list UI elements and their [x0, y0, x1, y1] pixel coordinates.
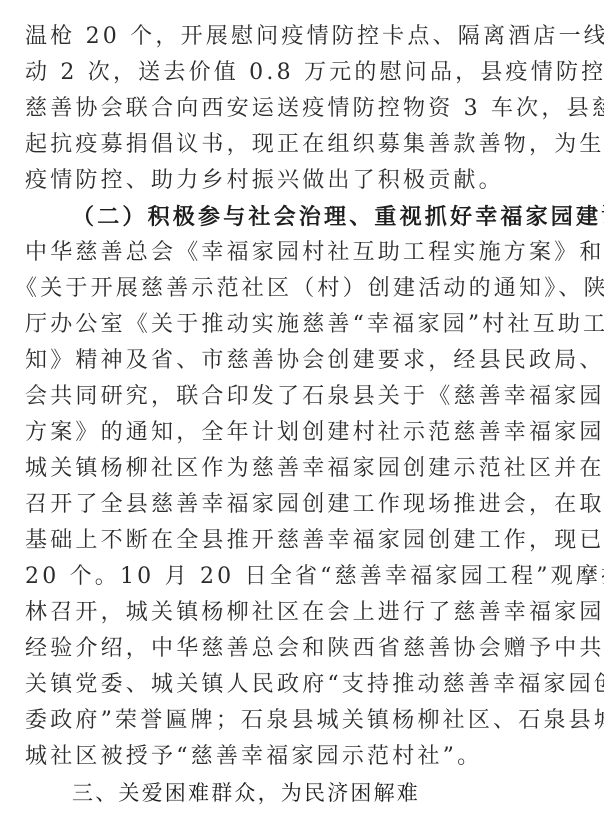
text-line: 城关镇杨柳社区作为慈善幸福家园创建示范社区并在杨柳社区: [25, 451, 581, 487]
text-line: 动 2 次，送去价值 0.8 万元的慰问品，县疫情防控指挥部和县: [25, 55, 581, 91]
paragraph-happy-home: （二）积极参与社会治理、重视抓好幸福家园建设。根据 中华慈善总会《幸福家园村社互…: [25, 199, 581, 775]
text-line: 会共同研究，联合印发了石泉县关于《慈善幸福家园工程实施: [25, 379, 581, 415]
text-line: 《关于开展慈善示范社区（村）创建活动的通知》、陕西省民政: [15, 271, 581, 307]
document-page: 温枪 20 个，开展慰问疫情防控卡点、隔离酒店一线工作人员活 动 2 次，送去价…: [25, 19, 581, 811]
text-line: 温枪 20 个，开展慰问疫情防控卡点、隔离酒店一线工作人员活: [25, 19, 581, 55]
text-line: 疫情防控、助力乡村振兴做出了积极贡献。: [25, 163, 581, 199]
subsection-lead-line: （二）积极参与社会治理、重视抓好幸福家园建设。根据: [25, 199, 581, 235]
subsection-title: （二）积极参与社会治理、重视抓好幸福家园建设。: [72, 204, 604, 230]
text-line: 基础上不断在全县推开慈善幸福家园创建工作，现已建成运行: [25, 523, 581, 559]
text-line: 经验介绍，中华慈善总会和陕西省慈善协会赠予中共石泉县城: [25, 631, 581, 667]
text-line: 起抗疫募捐倡议书，现正在组织募集善款善物，为生产救灾、: [25, 127, 581, 163]
paragraph-epidemic-support: 温枪 20 个，开展慰问疫情防控卡点、隔离酒店一线工作人员活 动 2 次，送去价…: [25, 19, 581, 199]
text-line: 城社区被授予“慈善幸福家园示范村社”。: [25, 739, 581, 775]
text-line: 20 个。10 月 20 日全省“慈善幸福家园工程”观摩推进会在榆: [25, 559, 581, 595]
text-line: 慈善协会联合向西安运送疫情防控物资 3 车次，县慈善协会发: [25, 91, 581, 127]
text-line: 关镇党委、城关镇人民政府“支持推动慈善幸福家园创建的党: [25, 667, 581, 703]
section-heading: 三、关爱困难群众，为民济困解难: [25, 775, 581, 811]
text-line: 林召开，城关镇杨柳社区在会上进行了慈善幸福家园创建工作: [25, 595, 581, 631]
text-line: 委政府”荣誉匾牌；石泉县城关镇杨柳社区、石泉县城关镇老: [25, 703, 581, 739]
text-line: 召开了全县慈善幸福家园创建工作现场推进会，在取得经验的: [25, 487, 581, 523]
text-line: 方案》的通知，全年计划创建村社示范慈善幸福家园 20 个，将: [25, 415, 581, 451]
text-line: 中华慈善总会《幸福家园村社互助工程实施方案》和省民政厅: [25, 235, 581, 271]
text-line: 知》精神及省、市慈善协会创建要求，经县民政局、县慈善协: [25, 343, 581, 379]
text-line: 厅办公室《关于推动实施慈善“幸福家园”村社互助工程的通: [25, 307, 581, 343]
